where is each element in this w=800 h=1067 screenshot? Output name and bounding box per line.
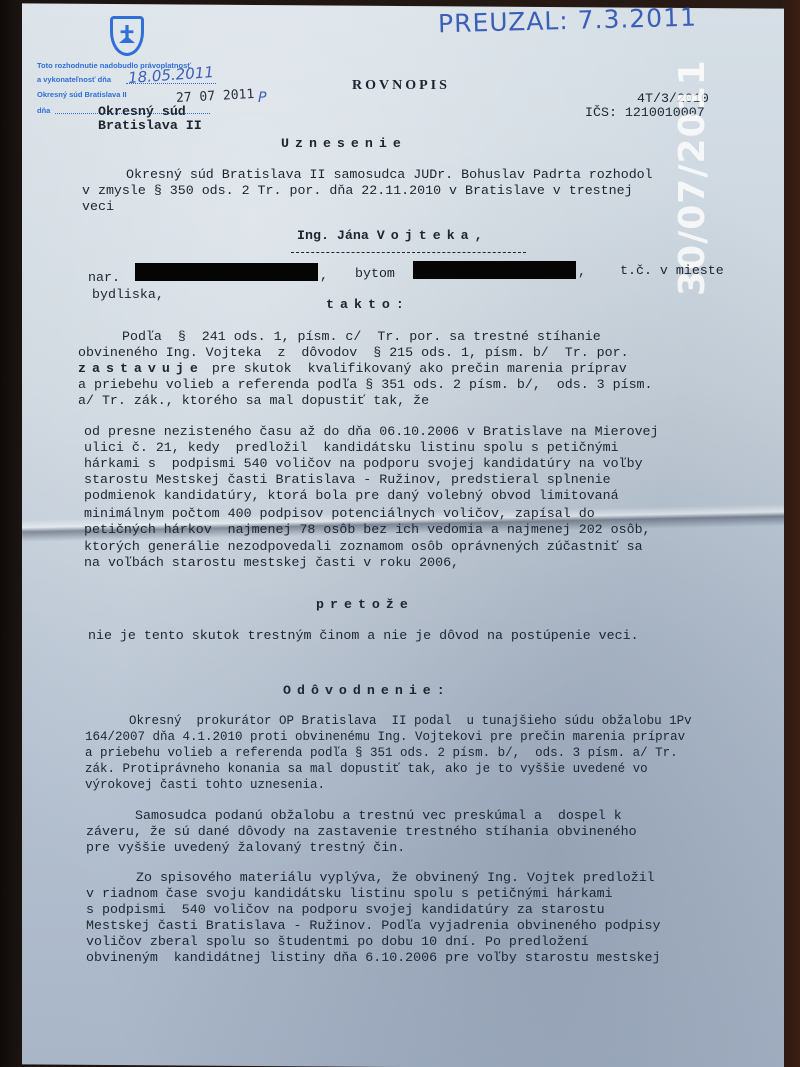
verdict-line-5: a/ Tr. zák., ktorého sa mal dopustiť tak… — [78, 393, 429, 408]
reasoning-p1-line-2: 164/2007 dňa 4.1.2010 proti obvinenému I… — [85, 730, 685, 744]
defendant-surname: Vojteka, — [377, 228, 489, 243]
redacted-birth-date — [135, 263, 318, 281]
facts-line-7: petičných hárkov najmenej 78 osôb bez ic… — [84, 522, 651, 537]
heading-takto: takto: — [326, 297, 410, 312]
reasoning-p3-line-1: Zo spisového materiálu vyplýva, že obvin… — [136, 870, 655, 885]
reasoning-p1-line-3: a priebehu volieb a referenda podľa § 35… — [85, 746, 678, 760]
court-city: Bratislava II — [98, 118, 202, 133]
reasoning-p2-line-3: pre vyššie uvedený žalovaný trestný čin. — [86, 840, 405, 855]
stamp-line-4-label: dňa — [37, 106, 50, 115]
reasoning-p2-line-2: záveru, že sú dané dôvody na zastavenie … — [86, 824, 637, 839]
reasoning-p3-line-4: Mestskej časti Bratislava - Ružinov. Pod… — [86, 918, 661, 933]
reasoning-p1-line-1: Okresný prokurátor OP Bratislava II poda… — [129, 714, 692, 728]
verdict-line-2: obvineného Ing. Vojteka z dôvodov § 215 … — [78, 345, 629, 360]
stamp-line-2-label: a vykonateľnosť dňa — [37, 75, 111, 84]
heading-odovodnenie: Odôvodnenie: — [283, 683, 451, 698]
redacted-address — [413, 261, 576, 279]
stamp-initials: P — [258, 90, 266, 106]
camera-date-overlay: 30/07/2011 — [672, 59, 713, 296]
facts-line-5: podmienok kandidatúry, ktorá bola pre da… — [84, 488, 619, 503]
intro-line-1: Okresný súd Bratislava II samosudca JUDr… — [126, 167, 653, 182]
reasoning-p3-line-6: obvineným kandidátnej listiny dňa 6.10.2… — [86, 950, 661, 965]
facts-line-8: ktorých generálie nezodpovedali zoznamom… — [84, 539, 643, 554]
reasoning-p3-line-2: v riadnom čase svoju kandidátsku listinu… — [86, 886, 613, 901]
document-title: ROVNOPIS — [352, 78, 450, 94]
reasoning-p1-line-4: zák. Protiprávneho konania sa mal dopust… — [85, 762, 648, 776]
heading-pretoze: pretože — [316, 597, 414, 612]
defendant-prefix: Ing. Jána — [297, 228, 377, 243]
facts-line-3: hárkami s podpismi 540 voličov na podpor… — [84, 456, 643, 471]
facts-line-6: minimálnym počtom 400 podpisov potenciál… — [84, 506, 595, 521]
heading-uznesenie: Uznesenie — [281, 136, 407, 151]
verdict-line-4: a priebehu volieb a referenda podľa § 35… — [78, 377, 653, 392]
facts-line-9: na voľbách starostu mestskej časti v rok… — [84, 555, 459, 570]
reasoning-p3-line-3: s podpismi 540 voličov na podporu svojej… — [86, 902, 605, 917]
stamp-line-3: Okresný súd Bratislava II — [37, 90, 127, 99]
defendant-name: Ing. Jána Vojteka, — [297, 228, 489, 243]
intro-line-2: v zmysle § 350 ods. 2 Tr. por. dňa 22.11… — [82, 183, 633, 198]
court-name: Okresný súd — [98, 104, 186, 119]
facts-line-4: starostu Mestskej časti Bratislava - Ruž… — [84, 472, 611, 487]
verdict-line-3: zastavuje pre skutok kvalifikovaný ako p… — [78, 361, 627, 376]
verdict-line-1: Podľa § 241 ods. 1, písm. c/ Tr. por. sa… — [122, 329, 601, 344]
facts-line-1: od presne nezisteného času až do dňa 06.… — [84, 424, 659, 439]
reasoning-p1-line-5: výrokovej časti tohto uznesenia. — [85, 778, 325, 792]
residence-label: bytom — [355, 266, 395, 281]
comma: , — [320, 268, 328, 283]
verdict-keyword: zastavuje — [78, 361, 204, 376]
pretoze-line: nie je tento skutok trestným činom a nie… — [88, 628, 639, 643]
name-underline — [291, 252, 526, 253]
reasoning-p2-line-1: Samosudca podanú obžalobu a trestnú vec … — [135, 808, 622, 823]
reasoning-p3-line-5: voličov zberal spolu so študentmi po dob… — [86, 934, 589, 949]
residence-continuation: bydliska, — [92, 287, 164, 302]
birth-label: nar. — [88, 270, 120, 285]
facts-line-2: ulici č. 21, kedy predložil kandidátsku … — [84, 440, 619, 455]
intro-line-3: veci — [82, 199, 114, 214]
residence-text: t.č. v mieste — [620, 263, 724, 278]
comma: , — [578, 264, 586, 279]
